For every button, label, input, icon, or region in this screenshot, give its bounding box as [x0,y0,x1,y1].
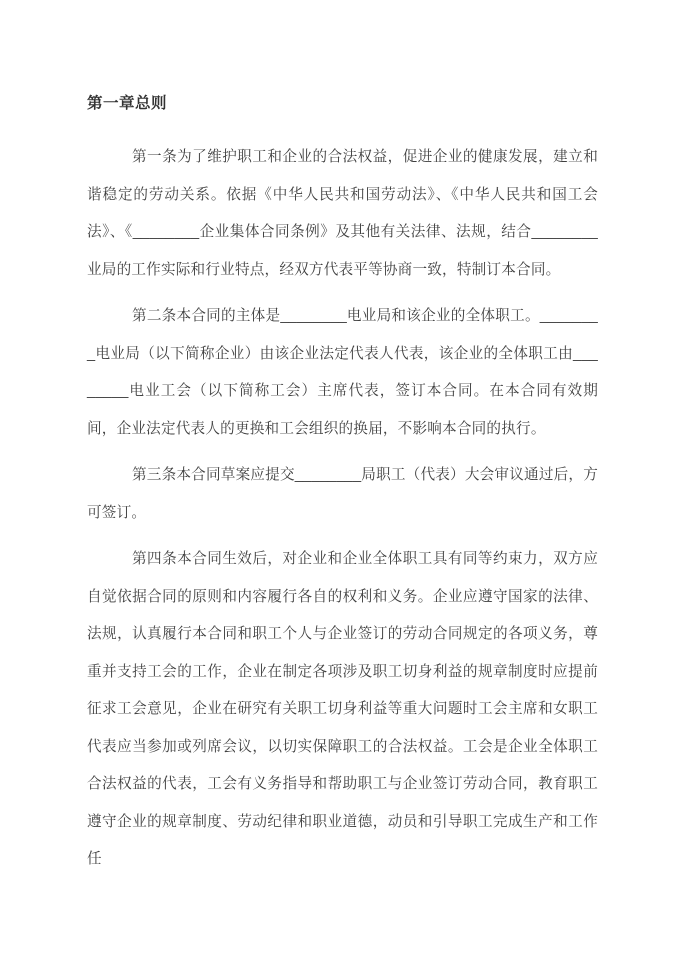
chapter-heading: 第一章总则 [87,93,598,115]
document-page: 第一章总则 第一条为了维护职工和企业的合法权益，促进企业的健康发展，建立和谐稳定… [0,0,690,976]
contract-paragraph: 第三条本合同草案应提交________局职工（代表）大会审议通过后，方可签订。 [87,457,598,532]
contract-paragraph: 第一条为了维护职工和企业的合法权益，促进企业的健康发展，建立和谐稳定的劳动关系。… [87,139,598,289]
document-body: 第一条为了维护职工和企业的合法权益，促进企业的健康发展，建立和谐稳定的劳动关系。… [87,139,598,879]
contract-paragraph: 第二条本合同的主体是________电业局和该企业的全体职工。________电… [87,298,598,448]
contract-paragraph: 第四条本合同生效后，对企业和企业全体职工具有同等约束力，双方应自觉依据合同的原则… [87,541,598,879]
